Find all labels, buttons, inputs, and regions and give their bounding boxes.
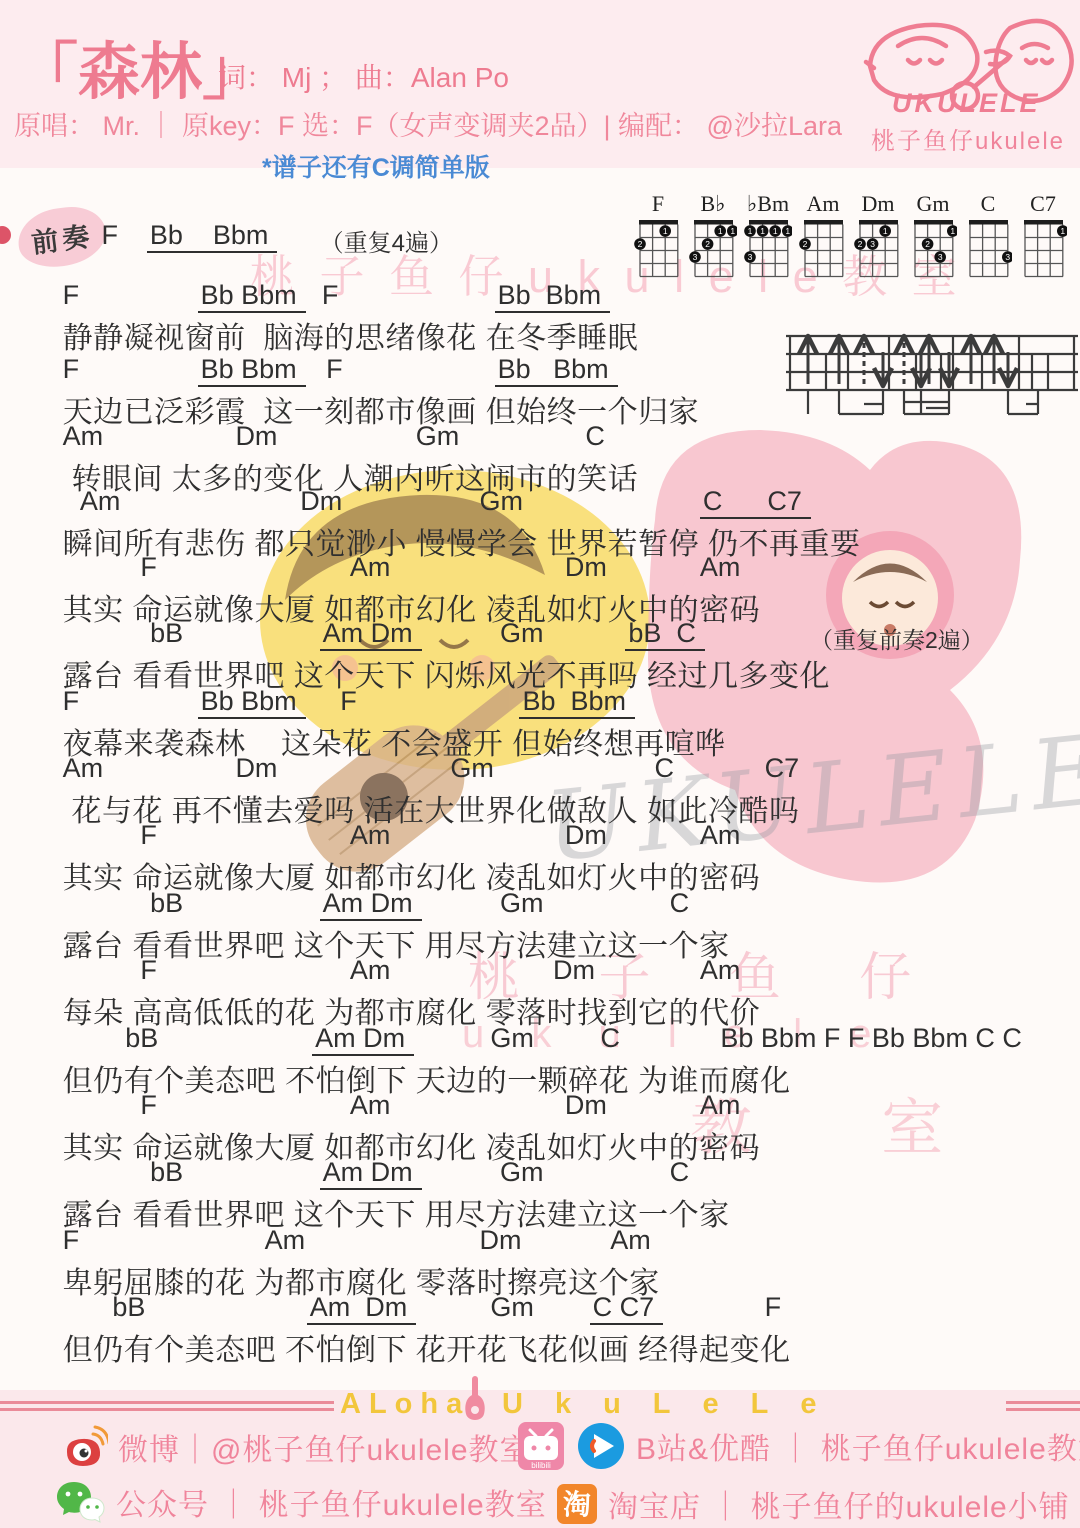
chord-label: F — [63, 686, 80, 716]
footer-video-item: bilibili B站&优酷 ｜ 桃子鱼仔ukulele教室 — [516, 1420, 1080, 1472]
taobao-icon: 淘 — [556, 1483, 598, 1525]
chord-row: AmDmGmCC7 — [0, 753, 1080, 787]
chord-label: Gm — [450, 753, 494, 783]
footer-taobao-text: 淘宝店 ｜ 桃子鱼仔的ukulele小铺 — [608, 1482, 1070, 1526]
ukulele-icon — [462, 1374, 488, 1426]
footer-weibo-item: 微博｜@桃子鱼仔ukulele教室 — [60, 1424, 531, 1470]
song-line: bBAm DmGmbB C（重复前奏2遍）露台 看看世界吧 这个天下 闪烁风光不… — [0, 618, 1080, 690]
chord-label: Am Dm — [307, 1292, 417, 1325]
song-line: FAmDmAm其实 命运就像大厦 如都市幻化 凌乱如灯火中的密码 — [0, 552, 1080, 624]
chord-label: Gm — [416, 421, 460, 451]
chord-label: F — [140, 1090, 157, 1120]
song-line: bBAm DmGmCBb Bbm F F Bb Bbm C C但仍有个美态吧 不… — [0, 1023, 1080, 1095]
chord-label: Am — [350, 955, 391, 985]
chord-label: F — [63, 1225, 80, 1255]
chord-label: Am Dm — [320, 618, 422, 651]
chord-label: Dm — [480, 1225, 522, 1255]
footer-divider — [1006, 1401, 1080, 1404]
song-line: FBb BbmFBb Bbm天边已泛彩霞 这一刻都市像画 但始终一个归家 — [0, 354, 1080, 426]
chord-label: Am Dm — [320, 1157, 422, 1190]
chord-row: FBb BbmFBb Bbm — [0, 280, 1080, 314]
chord-label: Gm — [500, 1157, 544, 1187]
chord-label: bB C — [625, 618, 705, 651]
chord-label: C7 — [765, 753, 800, 783]
chord-label: Gm — [500, 618, 544, 648]
chord-label: Bb Bbm — [495, 354, 618, 387]
chord-label: F — [63, 280, 80, 310]
chord-label: C — [670, 888, 690, 918]
chord-row: FAmDmAm — [0, 820, 1080, 854]
chord-label: Am — [350, 1090, 391, 1120]
song-line: AmDmGmC C7瞬间所有悲伤 都只觉渺小 慢慢学会 世界若暂停 仍不再重要 — [0, 486, 1080, 558]
chord-label: Am — [63, 753, 104, 783]
chord-label: C — [600, 1023, 620, 1053]
chord-label: Dm — [235, 753, 277, 783]
chord-label: Gm — [490, 1023, 534, 1053]
chord-label: bB — [150, 888, 183, 918]
chord-label: Bb Bbm — [198, 354, 306, 387]
chord-label: C C7 — [590, 1292, 664, 1325]
chord-label: F — [765, 1292, 782, 1322]
chord-label: Bb Bbm — [495, 280, 611, 313]
chord-label: Am — [350, 552, 391, 582]
chord-row: bBAm DmGmC — [0, 1157, 1080, 1191]
song-line: AmDmGmCC7 花与花 再不懂去爱吗 活在大世界化做敌人 如此冷酷吗 — [0, 753, 1080, 825]
chord-label: Am — [80, 486, 121, 516]
chord-label: Am — [63, 421, 104, 451]
chord-row: AmDmGmC C7 — [0, 486, 1080, 520]
chord-label: F — [63, 354, 80, 384]
lyric-lines: FBb BbmFBb Bbm静静凝视窗前 脑海的思绪像花 在冬季睡眠FBb Bb… — [0, 0, 1080, 1528]
chord-sheet-page: 桃 子 鱼 仔 u k u l e l e 教 室 UKULELE 桃 子 鱼 … — [0, 0, 1080, 1528]
chord-label: Dm — [565, 820, 607, 850]
svg-text:bilibili: bilibili — [531, 1461, 551, 1470]
chord-label: Bb Bbm — [198, 280, 306, 313]
chord-label: C — [670, 1157, 690, 1187]
chord-row: bBAm DmGmC — [0, 888, 1080, 922]
song-meta: 原唱： Mr. ｜ 原key：F 选：F（女声变调夹2品）| 编配： @沙拉La… — [14, 104, 842, 143]
brand-logo-name: 桃子鱼仔ukulele — [862, 121, 1074, 156]
chord-row: FBb BbmFBb Bbm — [0, 354, 1080, 388]
chord-label: Am Dm — [312, 1023, 414, 1056]
chord-label: F — [326, 354, 343, 384]
song-line: FAmDmAm其实 命运就像大厦 如都市幻化 凌乱如灯火中的密码 — [0, 1090, 1080, 1162]
song-line: bBAm DmGmC C7F但仍有个美态吧 不怕倒下 花开花飞花似画 经得起变化 — [0, 1292, 1080, 1364]
footer-divider-text-left: ALoha — [340, 1388, 470, 1421]
song-line: bBAm DmGmC露台 看看世界吧 这个天下 用尽方法建立这一个家 — [0, 1157, 1080, 1229]
chord-label: Bb Bbm F F Bb Bbm C C — [720, 1023, 1022, 1053]
chord-row: FAmDmAm — [0, 1225, 1080, 1259]
repeat-note: （重复前奏2遍） — [810, 622, 984, 655]
footer-divider — [1006, 1408, 1080, 1411]
chord-label: Am — [350, 820, 391, 850]
chord-row: AmDmGmC — [0, 421, 1080, 455]
song-line: FAmDmAm其实 命运就像大厦 如都市幻化 凌乱如灯火中的密码 — [0, 820, 1080, 892]
chord-row: bBAm DmGmbB C（重复前奏2遍） — [0, 618, 1080, 652]
chord-label: Am — [700, 1090, 741, 1120]
song-line: FAmDmAm卑躬屈膝的花 为都市腐化 零落时擦亮这个家 — [0, 1225, 1080, 1297]
wechat-icon — [56, 1480, 106, 1524]
song-line: AmDmGmC 转眼间 太多的变化 人潮内听这闹市的笑话 — [0, 421, 1080, 493]
song-line: FBb BbmFBb Bbm静静凝视窗前 脑海的思绪像花 在冬季睡眠 — [0, 280, 1080, 352]
footer-taobao-item: 淘 淘宝店 ｜ 桃子鱼仔的ukulele小铺 — [556, 1482, 1070, 1526]
brand-logo: UKULELE 桃子鱼仔ukulele — [862, 8, 1074, 156]
chord-row: FAmDmAm — [0, 552, 1080, 586]
chord-label: F — [322, 280, 339, 310]
lyric-text: 静静凝视窗前 脑海的思绪像花 在冬季睡眠 — [63, 313, 639, 357]
footer-wechat-item: 公众号 ｜ 桃子鱼仔ukulele教室 — [56, 1480, 547, 1524]
chord-row: FBb BbmFBb Bbm — [0, 686, 1080, 720]
brand-logo-icon: UKULELE — [862, 8, 1074, 120]
chord-label: bB — [150, 618, 183, 648]
brand-logo-text: UKULELE — [892, 88, 1041, 118]
chord-label: F — [140, 552, 157, 582]
bilibili-icon: bilibili — [516, 1420, 566, 1472]
chord-label: Am — [610, 1225, 651, 1255]
chord-label: Gm — [500, 888, 544, 918]
chord-label: Bb Bbm — [519, 686, 635, 719]
chord-row: FAmDmAm — [0, 955, 1080, 989]
song-line: FBb BbmFBb Bbm夜幕来袭森林 这朵花 不会盛开 但始终想再喧哗 — [0, 686, 1080, 758]
song-credits: 词： Mj ； 曲：Alan Po — [218, 56, 509, 96]
footer-divider — [0, 1401, 334, 1404]
chord-label: Am Dm — [320, 888, 422, 921]
chord-label: Am — [265, 1225, 306, 1255]
lyric-text: 但仍有个美态吧 不怕倒下 花开花飞花似画 经得起变化 — [63, 1325, 791, 1369]
chord-label: bB — [112, 1292, 145, 1322]
chord-label: Gm — [490, 1292, 534, 1322]
footer-divider-text-right: UkuLeLe — [502, 1388, 848, 1421]
chord-label: F — [140, 955, 157, 985]
chord-row: bBAm DmGmC C7F — [0, 1292, 1080, 1326]
version-note: *谱子还有C调简单版 — [262, 148, 490, 184]
chord-label: Dm — [565, 1090, 607, 1120]
chord-label: Bb Bbm — [198, 686, 306, 719]
chord-label: C C7 — [700, 486, 811, 519]
footer-weibo-text: 微博｜@桃子鱼仔ukulele教室 — [118, 1425, 531, 1469]
chord-label: Dm — [235, 421, 277, 451]
chord-label: C — [654, 753, 674, 783]
chord-label: F — [140, 820, 157, 850]
chord-label: Dm — [565, 552, 607, 582]
chord-label: Dm — [300, 486, 342, 516]
youku-icon — [576, 1421, 626, 1471]
chord-label: bB — [150, 1157, 183, 1187]
footer-video-text: B站&优酷 ｜ 桃子鱼仔ukulele教室 — [636, 1424, 1080, 1468]
chord-label: Am — [700, 552, 741, 582]
chord-row: FAmDmAm — [0, 1090, 1080, 1124]
chord-label: Dm — [553, 955, 595, 985]
chord-label: F — [340, 686, 357, 716]
weibo-icon — [60, 1424, 108, 1470]
chord-label: Gm — [480, 486, 524, 516]
chord-label: Am — [700, 955, 741, 985]
chord-label: C — [585, 421, 605, 451]
chord-label: bB — [125, 1023, 158, 1053]
chord-row: bBAm DmGmCBb Bbm F F Bb Bbm C C — [0, 1023, 1080, 1057]
svg-text:淘: 淘 — [563, 1489, 591, 1520]
footer-divider — [0, 1408, 334, 1411]
chord-label: Am — [700, 820, 741, 850]
song-line: bBAm DmGmC露台 看看世界吧 这个天下 用尽方法建立这一个家 — [0, 888, 1080, 960]
song-line: FAmDmAm每朵 高高低低的花 为都市腐化 零落时找到它的代价 — [0, 955, 1080, 1027]
footer-wechat-text: 公众号 ｜ 桃子鱼仔ukulele教室 — [116, 1480, 547, 1524]
